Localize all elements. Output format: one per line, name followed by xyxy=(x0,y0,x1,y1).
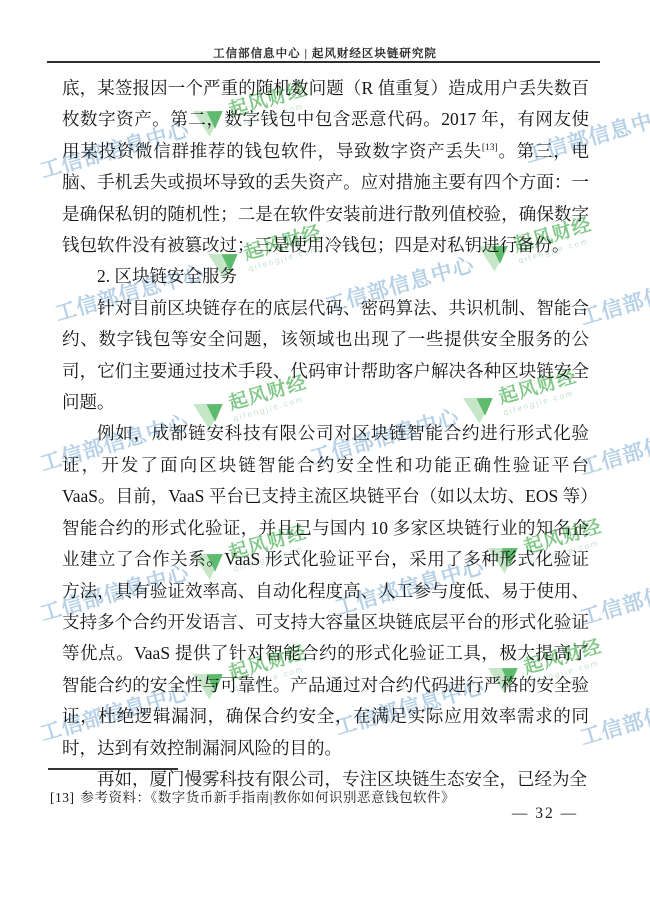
footnote-marker: [13] xyxy=(50,790,75,805)
footnote-divider-line xyxy=(48,768,178,770)
footnote-reference: [13] xyxy=(482,143,498,153)
header-divider-line xyxy=(47,61,600,63)
page-number: — 32 — xyxy=(500,805,590,823)
text-segment: 2. 区块链安全服务 xyxy=(97,266,237,286)
page-header: 工信部信息中心 | 起风财经区块链研究院 xyxy=(0,44,650,62)
footnote-text: 参考资料：《数字货币新手指南|教你如何识别恶意钱包软件》 xyxy=(81,790,455,805)
body-text: 底，某签报因一个严重的随机数问题（R 值重复）造成用户丢失数百枚数字资产。第二，… xyxy=(62,73,589,795)
paragraph-chengdu-lianan-vaas: 例如，成都链安科技有限公司对区块链智能合约进行形式化验证，开发了面向区块链智能合… xyxy=(62,418,589,763)
header-title: 工信部信息中心 | 起风财经区块链研究院 xyxy=(213,48,437,60)
section-heading-blockchain-security-services: 2. 区块链安全服务 xyxy=(62,261,589,292)
footnote: [13]参考资料：《数字货币新手指南|教你如何识别恶意钱包软件》 xyxy=(50,786,570,806)
text-segment: 例如，成都链安科技有限公司对区块链智能合约进行形式化验证，开发了面向区块链智能合… xyxy=(62,423,589,757)
document-page: 工信部信息中心起风财经qifengjie.com工信部信息中心起风财经qifen… xyxy=(0,0,650,919)
text-segment: 针对目前区块链存在的底层代码、密码算法、共识机制、智能合约、数字钱包等安全问题，… xyxy=(62,298,589,412)
paragraph-security-service-companies: 针对目前区块链存在的底层代码、密码算法、共识机制、智能合约、数字钱包等安全问题，… xyxy=(62,293,589,419)
paragraph-wallet-risks: 底，某签报因一个严重的随机数问题（R 值重复）造成用户丢失数百枚数字资产。第二，… xyxy=(62,73,589,261)
